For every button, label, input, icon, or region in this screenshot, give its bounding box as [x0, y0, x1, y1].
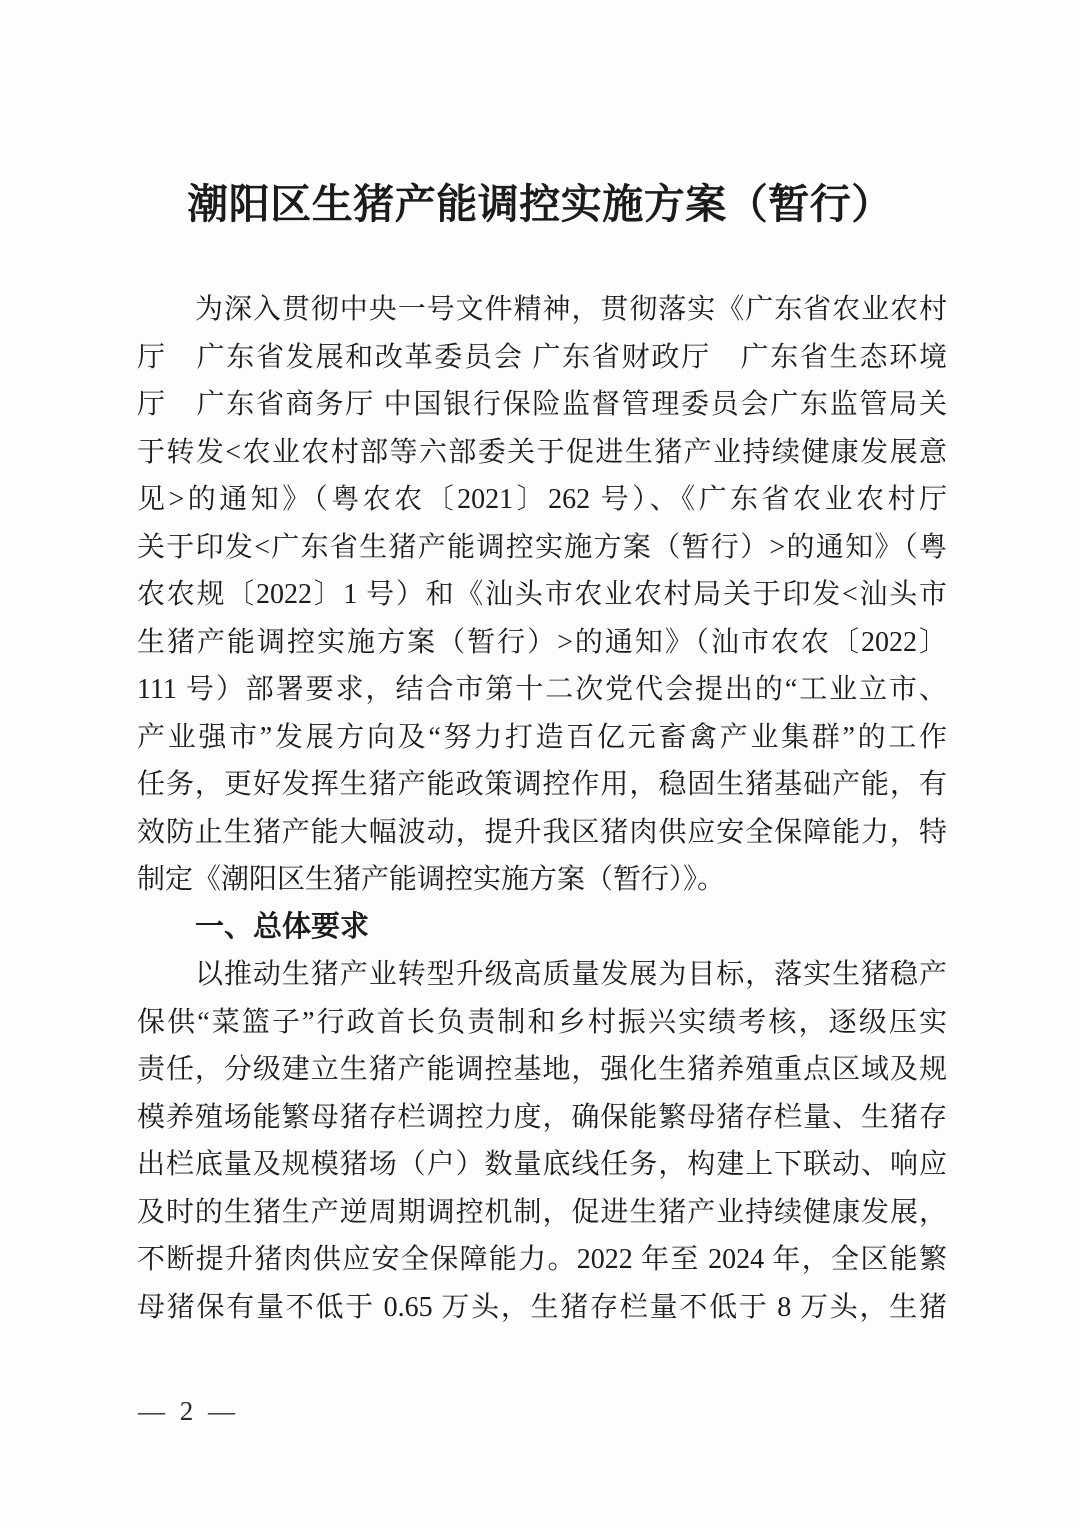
paragraph-1-line-8: 生猪产能调控实施方案（暂行）>的通知》（汕市农农〔2022〕	[137, 619, 947, 667]
paragraph-1-line-12: 效防止生猪产能大幅波动，提升我区猪肉供应安全保障能力，特	[137, 809, 947, 857]
paragraph-1-line-11: 任务，更好发挥生猪产能政策调控作用，稳固生猪基础产能，有	[137, 761, 947, 809]
paragraph-2-line-1: 以推动生猪产业转型升级高质量发展为目标，落实生猪稳产	[137, 951, 947, 999]
paragraph-1-line-13: 制定《潮阳区生猪产能调控实施方案（暂行）》。	[137, 856, 947, 904]
paragraph-1-line-3: 厅 广东省商务厅 中国银行保险监督管理委员会广东监管局关	[137, 381, 947, 429]
paragraph-2-line-5: 出栏底量及规模猪场（户）数量底线任务，构建上下联动、响应	[137, 1141, 947, 1189]
paragraph-1-line-5: 见>的通知》（粤农农〔2021〕262 号）、《广东省农业农村厅	[137, 476, 947, 524]
paragraph-1-line-6: 关于印发<广东省生猪产能调控实施方案（暂行）>的通知》（粤	[137, 524, 947, 572]
paragraph-2-line-2: 保供“菜篮子”行政首长负责制和乡村振兴实绩考核，逐级压实	[137, 999, 947, 1047]
document-page: 潮阳区生猪产能调控实施方案（暂行） 为深入贯彻中央一号文件精神，贯彻落实《广东省…	[0, 0, 1080, 1527]
paragraph-1-line-2: 厅 广东省发展和改革委员会 广东省财政厅 广东省生态环境	[137, 334, 947, 382]
paragraph-2-line-8: 母猪保有量不低于 0.65 万头，生猪存栏量不低于 8 万头，生猪	[137, 1284, 947, 1332]
document-title: 潮阳区生猪产能调控实施方案（暂行）	[0, 176, 1080, 232]
paragraph-2-line-7: 不断提升猪肉供应安全保障能力。2022 年至 2024 年，全区能繁	[137, 1236, 947, 1284]
paragraph-1-line-7: 农农规〔2022〕1 号）和《汕头市农业农村局关于印发<汕头市	[137, 571, 947, 619]
document-body: 为深入贯彻中央一号文件精神，贯彻落实《广东省农业农村 厅 广东省发展和改革委员会…	[137, 286, 947, 1331]
paragraph-1-line-1: 为深入贯彻中央一号文件精神，贯彻落实《广东省农业农村	[137, 286, 947, 334]
paragraph-1-line-4: 于转发<农业农村部等六部委关于促进生猪产业持续健康发展意	[137, 429, 947, 477]
paragraph-2-line-4: 模养殖场能繁母猪存栏调控力度，确保能繁母猪存栏量、生猪存	[137, 1094, 947, 1142]
paragraph-2-line-3: 责任，分级建立生猪产能调控基地，强化生猪养殖重点区域及规	[137, 1046, 947, 1094]
paragraph-1-line-10: 产业强市”发展方向及“努力打造百亿元畜禽产业集群”的工作	[137, 714, 947, 762]
page-number: — 2 —	[138, 1396, 239, 1427]
paragraph-1-line-9: 111 号）部署要求，结合市第十二次党代会提出的“工业立市、	[137, 666, 947, 714]
section-heading-overall-requirements: 一、总体要求	[137, 904, 947, 952]
paragraph-2-line-6: 及时的生猪生产逆周期调控机制，促进生猪产业持续健康发展，	[137, 1189, 947, 1237]
